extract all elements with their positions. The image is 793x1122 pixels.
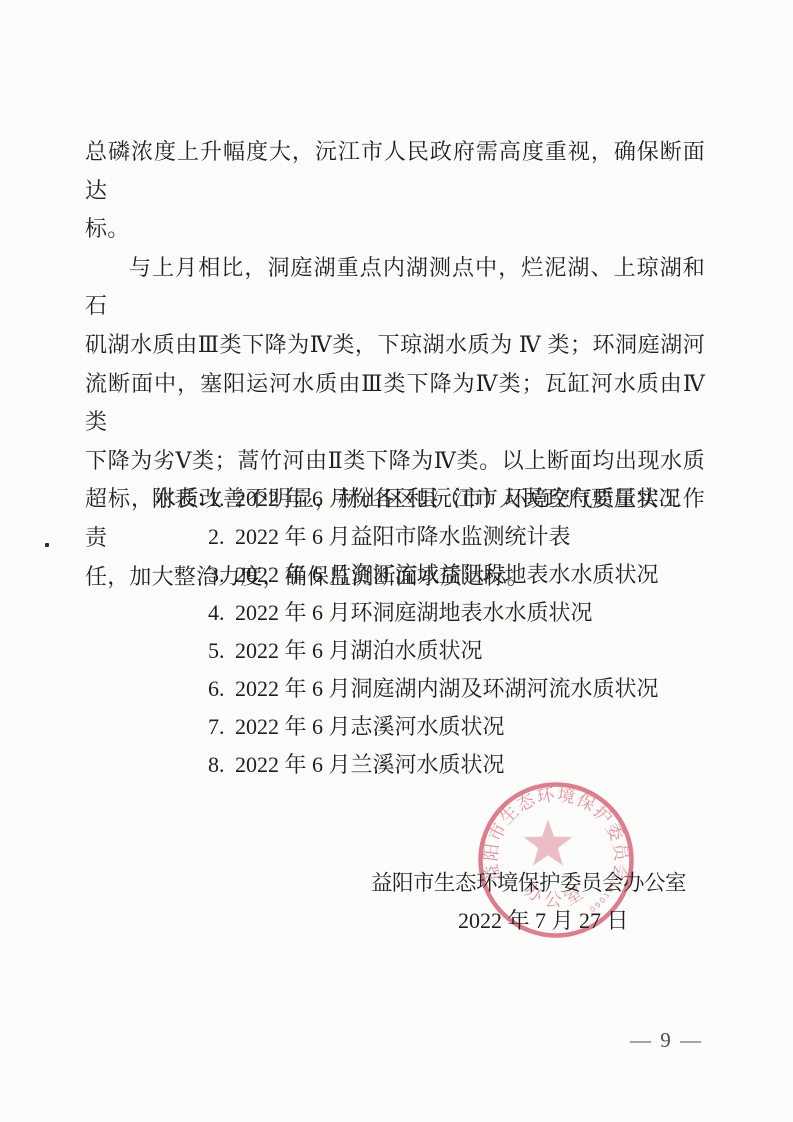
scan-speck bbox=[45, 543, 49, 547]
attachment-text: 2022 年 6 月兰溪河水质状况 bbox=[235, 752, 505, 777]
paragraph-line: 下降为劣Ⅴ类；蒿竹河由Ⅱ类下降为Ⅳ类。以上断面均出现水质 bbox=[85, 442, 705, 481]
attachment-item: 7.2022 年 6 月志溪河水质状况 bbox=[208, 708, 722, 746]
attachment-number: 8. bbox=[208, 746, 235, 784]
attachment-text: 2022 年 6 月洞庭湖内湖及环湖河流水质状况 bbox=[235, 676, 659, 701]
paragraph-line: 总磷浓度上升幅度大，沅江市人民政府需高度重视，确保断面达 bbox=[85, 133, 705, 210]
attachments-list: 附表： 1.2022 年 6 月份各区县（市）环境空气质量状况 2.2022 年… bbox=[152, 480, 722, 784]
attachment-number: 4. bbox=[208, 594, 235, 632]
page-number: — 9 — bbox=[630, 1028, 703, 1053]
attachment-number: 6. bbox=[208, 670, 235, 708]
attachment-item: 6.2022 年 6 月洞庭湖内湖及环湖河流水质状况 bbox=[208, 670, 722, 708]
attachment-item: 2.2022 年 6 月益阳市降水监测统计表 bbox=[208, 518, 722, 556]
attachment-text: 2022 年 6 月环洞庭湖地表水水质状况 bbox=[235, 600, 593, 625]
signature-date: 2022 年 7 月 27 日 bbox=[458, 904, 629, 935]
attachments-label: 附表： bbox=[152, 480, 218, 518]
attachment-text: 2022 年 6 月湖泊水质状况 bbox=[235, 638, 483, 663]
attachment-number: 7. bbox=[208, 708, 235, 746]
attachment-item: 5.2022 年 6 月湖泊水质状况 bbox=[208, 632, 722, 670]
paragraph-line: 标。 bbox=[85, 210, 705, 249]
seal-star-icon bbox=[524, 820, 573, 866]
paragraph-line: 与上月相比，洞庭湖重点内湖测点中，烂泥湖、上琼湖和石 bbox=[85, 249, 705, 326]
attachment-item: 4.2022 年 6 月环洞庭湖地表水水质状况 bbox=[208, 594, 722, 632]
attachment-text: 2022 年 6 月资江流域益阳段地表水水质状况 bbox=[235, 562, 659, 587]
attachment-text: 2022 年 6 月益阳市降水监测统计表 bbox=[235, 524, 571, 549]
attachment-item: 8.2022 年 6 月兰溪河水质状况 bbox=[208, 746, 722, 784]
document-page: 总磷浓度上升幅度大，沅江市人民政府需高度重视，确保断面达 标。 与上月相比，洞庭… bbox=[0, 0, 793, 1122]
attachment-item: 1.2022 年 6 月份各区县（市）环境空气质量状况 bbox=[208, 480, 722, 518]
attachment-number: 3. bbox=[208, 556, 235, 594]
attachment-text: 2022 年 6 月志溪河水质状况 bbox=[235, 714, 505, 739]
paragraph-line: 矶湖水质由Ⅲ类下降为Ⅳ类，下琼湖水质为 Ⅳ 类；环洞庭湖河 bbox=[85, 326, 705, 365]
attachment-number: 5. bbox=[208, 632, 235, 670]
attachment-item: 3.2022 年 6 月资江流域益阳段地表水水质状况 bbox=[208, 556, 722, 594]
paragraph-line: 流断面中，塞阳运河水质由Ⅲ类下降为Ⅳ类；瓦缸河水质由Ⅳ类 bbox=[85, 365, 705, 442]
attachment-text: 2022 年 6 月份各区县（市）环境空气质量状况 bbox=[235, 486, 681, 511]
signature-org: 益阳市生态环境保护委员会办公室 bbox=[371, 866, 686, 897]
attachment-number: 2. bbox=[208, 518, 235, 556]
